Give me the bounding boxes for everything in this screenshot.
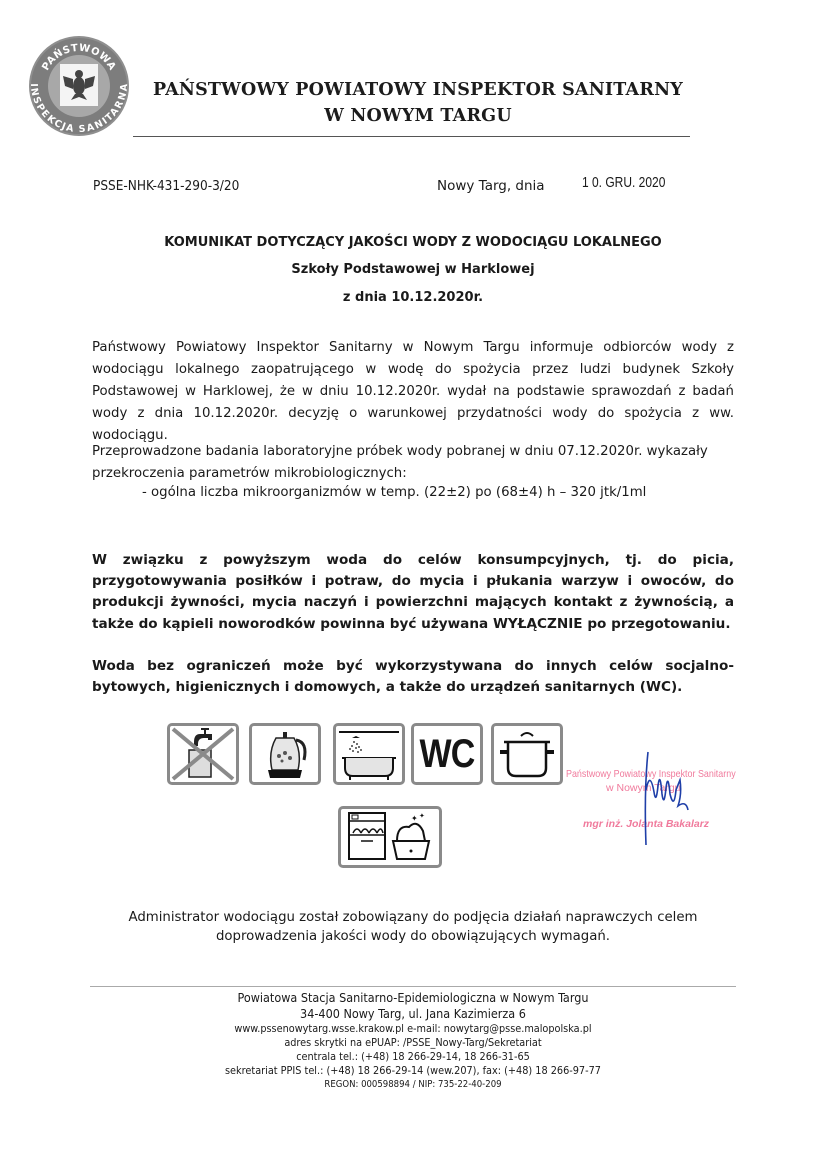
place-label: Nowy Targ, dnia (437, 178, 545, 194)
date-stamp: 1 0. GRU. 2020 (582, 174, 665, 191)
header-divider (133, 136, 690, 137)
header-title-line2: W NOWYM TARGU (130, 106, 706, 126)
body-paragraph-1: Państwowy Powiatowy Inspektor Sanitarny … (92, 337, 734, 447)
no-tap-water-icon (167, 723, 239, 785)
footer-phone: centrala tel.: (+48) 18 266-29-14, 18 26… (0, 1050, 826, 1063)
test-result-bullet: - ogólna liczba mikroorganizmów w temp. … (142, 485, 646, 500)
footer-divider (90, 986, 736, 987)
wc-label: WC (419, 732, 475, 777)
wc-icon: WC (411, 723, 483, 785)
dishwasher-dishes-icon: ✦ ✦ (338, 806, 442, 868)
inspection-emblem-icon: PAŃSTWOWA INSPEKCJA SANITARNA (27, 34, 131, 138)
svg-text:✦: ✦ (419, 812, 425, 820)
kettle-icon (249, 723, 321, 785)
footer-address: 34-400 Nowy Targ, ul. Jana Kazimierza 6 (0, 1006, 826, 1021)
document-subtitle: Szkoły Podstawowej w Harklowej (0, 262, 826, 277)
svg-text:✦: ✦ (411, 814, 418, 823)
header-title-line1: PAŃSTWOWY POWIATOWY INSPEKTOR SANITARNY (130, 80, 706, 100)
warning-paragraph-1: W związku z powyższym woda do celów kons… (92, 550, 734, 635)
warning-paragraph-2: Woda bez ograniczeń może być wykorzystyw… (92, 656, 734, 698)
footer-epuap: adres skrytki na ePUAP: /PSSE_Nowy-Targ/… (0, 1036, 826, 1049)
footer-web-email: www.pssenowytarg.wsse.krakow.pl e-mail: … (0, 1022, 826, 1035)
footer-secretariat: sekretariat PPIS tel.: (+48) 18 266-29-1… (0, 1064, 826, 1077)
bath-shower-icon (333, 723, 405, 785)
document-title: KOMUNIKAT DOTYCZĄCY JAKOŚCI WODY Z WODOC… (0, 235, 826, 250)
reference-number: PSSE-NHK-431-290-3/20 (93, 178, 239, 194)
cooking-pot-icon (491, 723, 563, 785)
admin-note-line1: Administrator wodociągu został zobowiąza… (0, 908, 826, 927)
document-date: z dnia 10.12.2020r. (0, 290, 826, 305)
footer-institution: Powiatowa Stacja Sanitarno-Epidemiologic… (0, 990, 826, 1005)
body-paragraph-2: Przeprowadzone badania laboratoryjne pró… (92, 441, 734, 485)
admin-note-line2: doprowadzenia jakości wody do obowiązują… (0, 927, 826, 946)
admin-note: Administrator wodociągu został zobowiąza… (0, 908, 826, 946)
handwritten-signature (630, 750, 710, 860)
footer-regon-nip: REGON: 000598894 / NIP: 735-22-40-209 (0, 1079, 826, 1090)
